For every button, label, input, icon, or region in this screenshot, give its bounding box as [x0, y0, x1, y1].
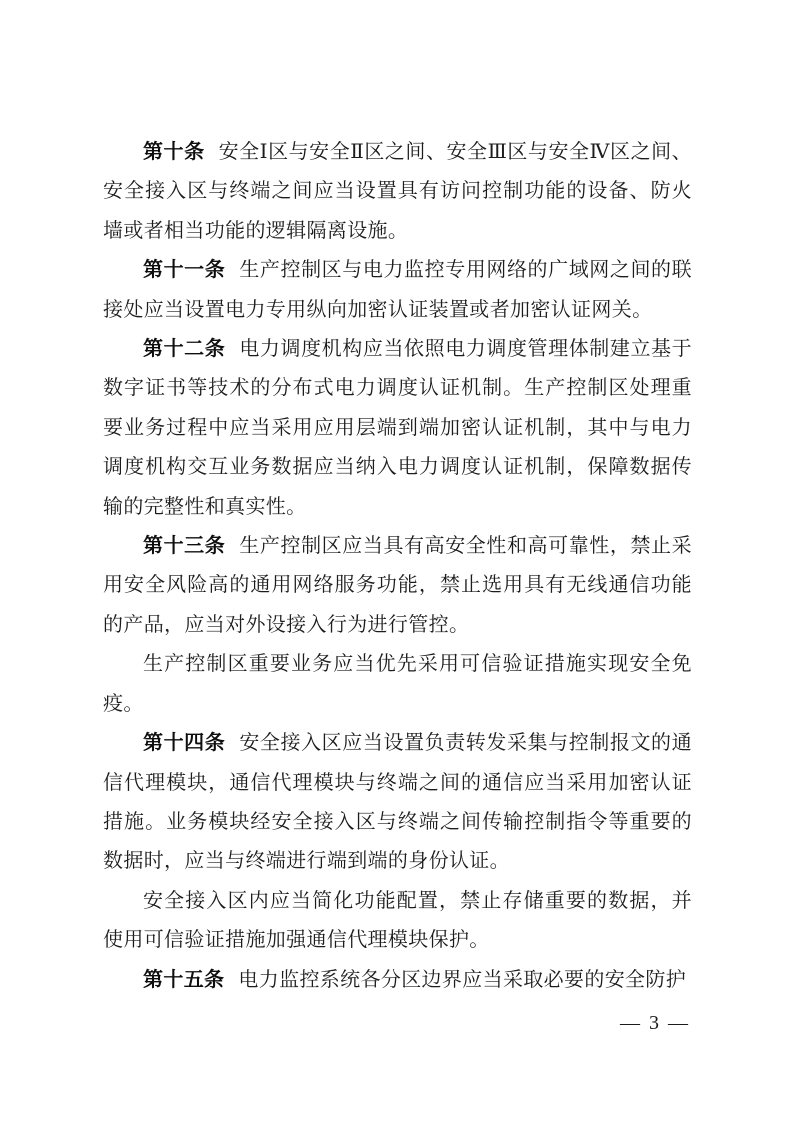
article-label: 第十一条 [143, 259, 225, 281]
article-label: 第十四条 [143, 732, 225, 754]
article-text: 安全接入区内应当简化功能配置，禁止存储重要的数据，并使用可信验证措施加强通信代理… [103, 890, 692, 951]
article-paragraph: 第十条安全Ⅰ区与安全Ⅱ区之间、安全Ⅲ区与安全Ⅳ区之间、安全接入区与终端之间应当设… [103, 133, 692, 251]
article-paragraph: 第十三条生产控制区应当具有高安全性和高可靠性，禁止采用安全风险高的通用网络服务功… [103, 527, 692, 645]
article-label: 第十三条 [143, 535, 225, 557]
article-label: 第十五条 [143, 969, 224, 991]
article-paragraph: 安全接入区内应当简化功能配置，禁止存储重要的数据，并使用可信验证措施加强通信代理… [103, 882, 692, 961]
article-label: 第十条 [143, 141, 205, 163]
page-number: — 3 — [620, 1012, 690, 1035]
article-paragraph: 第十二条电力调度机构应当依照电力调度管理体制建立基于数字证书等技术的分布式电力调… [103, 330, 692, 527]
article-paragraph: 生产控制区重要业务应当优先采用可信验证措施实现安全免疫。 [103, 645, 692, 724]
article-text: 生产控制区重要业务应当优先采用可信验证措施实现安全免疫。 [103, 653, 692, 714]
article-text: 电力监控系统各分区边界应当采取必要的安全防护 [238, 969, 686, 991]
article-paragraph: 第十五条电力监控系统各分区边界应当采取必要的安全防护 [103, 961, 692, 1000]
article-paragraph: 第十四条安全接入区应当设置负责转发采集与控制报文的通信代理模块，通信代理模块与终… [103, 724, 692, 882]
article-label: 第十二条 [143, 338, 225, 360]
article-paragraph: 第十一条生产控制区与电力监控专用网络的广域网之间的联接处应当设置电力专用纵向加密… [103, 251, 692, 330]
document-body: 第十条安全Ⅰ区与安全Ⅱ区之间、安全Ⅲ区与安全Ⅳ区之间、安全接入区与终端之间应当设… [103, 133, 692, 1000]
document-page: 第十条安全Ⅰ区与安全Ⅱ区之间、安全Ⅲ区与安全Ⅳ区之间、安全接入区与终端之间应当设… [0, 0, 794, 1123]
article-text: 电力调度机构应当依照电力调度管理体制建立基于数字证书等技术的分布式电力调度认证机… [103, 338, 692, 518]
